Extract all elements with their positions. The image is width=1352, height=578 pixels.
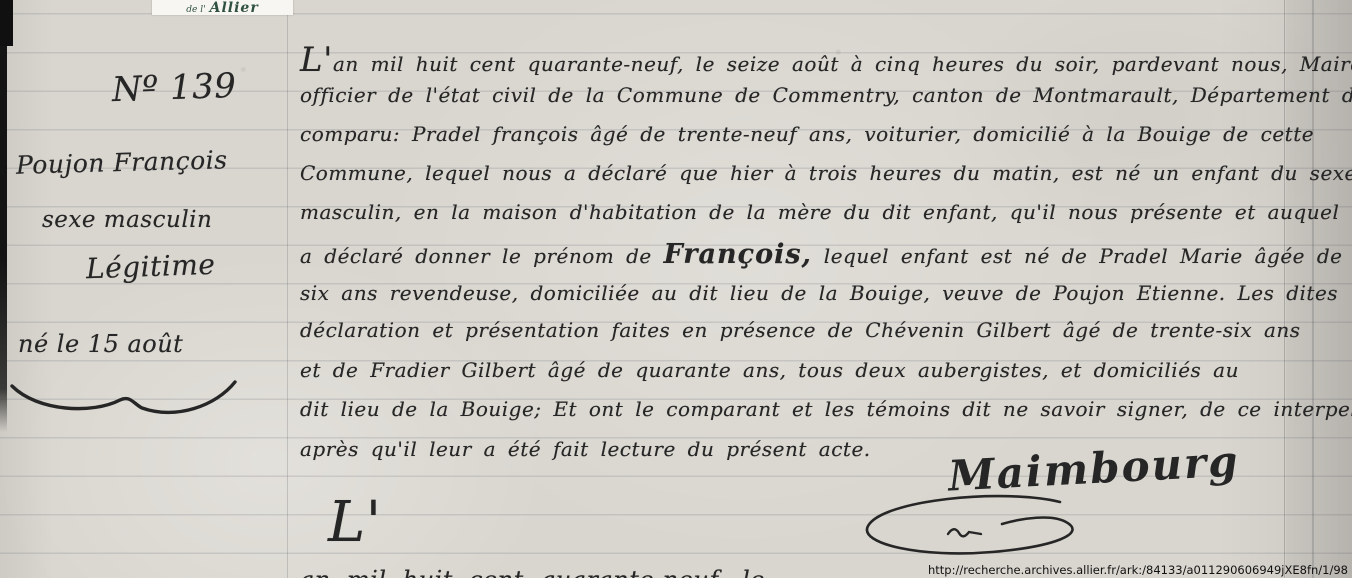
- margin-sex: sexe masculin: [42, 207, 212, 233]
- line6-prefix: a déclaré donner le prénom de: [300, 244, 664, 268]
- margin-child-name: Poujon François: [16, 145, 228, 180]
- act-line-2: officier de l'état civil de la Commune d…: [300, 83, 1352, 107]
- act-line-8: déclaration et présentation faites en pr…: [300, 318, 1301, 342]
- margin-rule-line: [287, 0, 288, 578]
- act-line-3: comparu: Pradel françois âgé de trente-n…: [300, 122, 1314, 146]
- act-line-9: et de Fradier Gilbert âgé de quarante an…: [300, 358, 1239, 382]
- act-line-6: a déclaré donner le prénom de François, …: [300, 239, 1352, 270]
- signature-paraph: [852, 492, 1092, 572]
- margin-flourish-swash: [8, 372, 240, 418]
- line6-suffix: lequel enfant est né de Pradel Marie âgé…: [812, 244, 1352, 268]
- stamp-word-text: Allier: [210, 2, 259, 15]
- act-line-7: six ans revendeuse, domiciliée au dit li…: [300, 281, 1338, 305]
- next-act-initial: L': [328, 490, 382, 555]
- civil-registry-scan: de l' Allier Nº 139 Poujon François sexe…: [0, 0, 1352, 578]
- margin-birth-date: né le 15 août: [18, 330, 183, 358]
- act-number: Nº 139: [111, 66, 237, 110]
- act-line-4: Commune, lequel nous a déclaré que hier …: [300, 161, 1352, 185]
- mayor-signature: Maimbourg: [947, 436, 1241, 500]
- stamp-prefix-text: de l': [186, 5, 205, 15]
- archive-stamp: de l' Allier: [152, 0, 293, 15]
- scan-corner-mark: [0, 0, 13, 46]
- source-url: http://recherche.archives.allier.fr/ark:…: [928, 563, 1348, 577]
- act-line-5: masculin, en la maison d'habitation de l…: [300, 200, 1339, 224]
- scan-edge-left: [0, 0, 7, 432]
- next-act-partial-line: an mil huit cent quarante-neuf, le: [300, 566, 765, 578]
- margin-legitimacy: Légitime: [85, 248, 215, 285]
- act-line-11: après qu'il leur a été fait lecture du p…: [300, 437, 871, 461]
- act-line-10: dit lieu de la Bouige; Et ont le compara…: [300, 397, 1352, 421]
- act-line-1: L'an mil huit cent quarante-neuf, le sei…: [300, 40, 1352, 80]
- child-given-name: François,: [664, 239, 812, 270]
